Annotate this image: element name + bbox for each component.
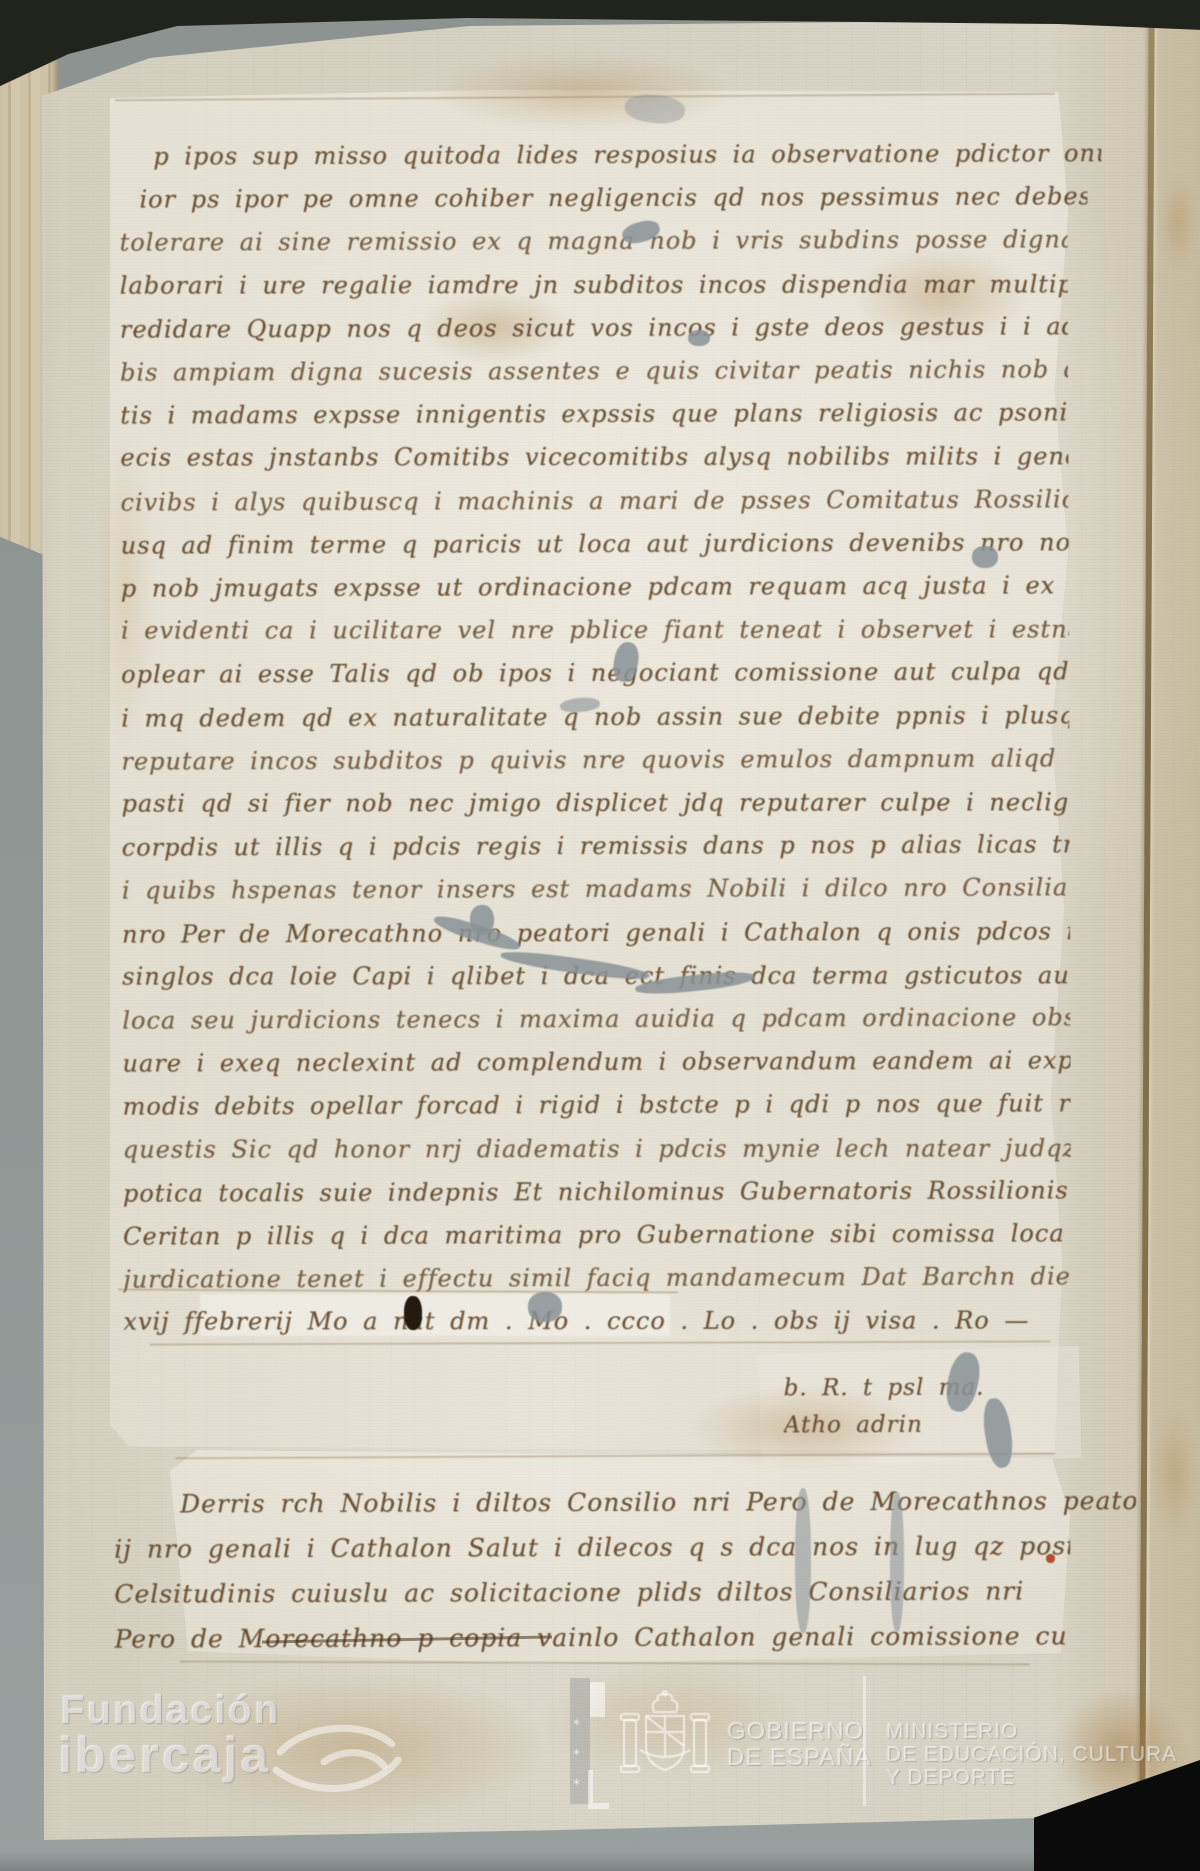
- manuscript-line: tolerare ai sine remissio ex q magna nob…: [120, 219, 1068, 264]
- manuscript-line: uare i exeq neclexint ad complendum i ob…: [122, 1040, 1070, 1085]
- bottom-edge-shadow: [0, 1852, 1200, 1871]
- ibercaja-logo-icon: [272, 1718, 404, 1802]
- watermark-ministerio: MINISTERIO: [886, 1720, 1019, 1744]
- manuscript-line: ior ps ipor pe omne cohiber negligencis …: [119, 175, 1087, 220]
- signature-line: Atho adrin: [784, 1403, 1064, 1440]
- postscript-line: Derris rch Nobilis i diltos Consilio nri…: [114, 1480, 1136, 1528]
- manuscript-line: potica tocalis suie indepnis Et nichilom…: [123, 1169, 1071, 1214]
- flag-bracket-icon: [588, 1770, 609, 1809]
- manuscript-line: pasti qd si fier nob nec jmigo displicet…: [122, 781, 1070, 824]
- manuscript-line: corpdis ut illis q i pdcis regis i remis…: [122, 824, 1070, 869]
- ink-blot: [404, 1296, 422, 1330]
- manuscript-line: questis Sic qd honor nrj diadematis i pd…: [123, 1127, 1071, 1170]
- gray-streak: [795, 1488, 811, 1633]
- manuscript-line: oplear ai esse Talis qd ob ipos i negoci…: [121, 651, 1069, 696]
- star-icon: ✶: [572, 1776, 581, 1789]
- manuscript-line: civibs i alys quibuscq i machinis a mari…: [120, 478, 1068, 523]
- watermark-ministerio: DE EDUCACIÓN, CULTURA: [886, 1743, 1177, 1767]
- gray-blot: [688, 330, 710, 346]
- manuscript-line: nro Per de Morecathno nro peatori genali…: [122, 910, 1070, 955]
- watermark-gobierno: GOBIERNO: [727, 1718, 864, 1746]
- manuscript-line: jurdicatione tenet i effectu simil faciq…: [123, 1256, 1071, 1301]
- manuscript-dateline: xvij ffebrerij Mo a nat dm . Mo . ccco .…: [123, 1300, 1071, 1343]
- watermark-divider: [863, 1676, 866, 1806]
- manuscript-line: loca seu jurdicions tenecs i maxima auid…: [122, 996, 1070, 1041]
- gray-streak: [890, 1492, 904, 1632]
- manuscript-line: laborari i ure regalie iamdre jn subdito…: [120, 263, 1068, 306]
- manuscript-line: usq ad finim terme q paricis ut loca aut…: [121, 521, 1069, 566]
- watermark-gobierno: DE ESPAÑA: [727, 1744, 872, 1772]
- postscript-line: Celsitudinis cuiuslu ac solicitacione pl…: [114, 1570, 1070, 1617]
- manuscript-line: i quibs hspenas tenor insers est madams …: [122, 867, 1070, 912]
- rust-dot: [1046, 1554, 1055, 1563]
- manuscript-line: p ipos sup misso quitoda lides resposius…: [119, 132, 1101, 177]
- star-icon: ✶: [572, 1746, 581, 1759]
- manuscript-line: tis i madams expsse innigentis expssis q…: [120, 392, 1068, 437]
- star-icon: ✶: [572, 1716, 581, 1729]
- manuscript-line: reputare incos subditos p quivis nre quo…: [121, 737, 1069, 782]
- manuscript-line: modis debits opellar forcad i rigid i bs…: [123, 1083, 1071, 1128]
- gray-blot: [528, 1292, 562, 1322]
- manuscript-line: i evidenti ca i ucilitare vel nre pblice…: [121, 609, 1069, 652]
- signature-line: b. R. t psl ma.: [784, 1366, 1064, 1403]
- manuscript-line: Ceritan p illis q i dca maritima pro Gub…: [123, 1212, 1071, 1257]
- manuscript-scan: p ipos sup misso quitoda lides resposius…: [0, 0, 1200, 1871]
- postscript-line: ij nro genali i Cathalon Salut i dilecos…: [114, 1525, 1070, 1572]
- manuscript-line: bis ampiam digna sucesis assentes e quis…: [120, 348, 1068, 393]
- postscript-line: Pero de Morecathno p copia vainlo Cathal…: [114, 1615, 1070, 1662]
- watermark-ibercaja: ibercaja: [58, 1726, 271, 1784]
- manuscript-line: ecis estas jnstanbs Comitibs vicecomitib…: [120, 436, 1068, 479]
- spain-coat-of-arms-icon: [616, 1690, 714, 1794]
- manuscript-line: p nob jmugats expsse ut ordinacione pdca…: [121, 564, 1069, 609]
- watermark-ministerio: Y DEPORTE: [886, 1766, 1016, 1790]
- flag-square-icon: [590, 1682, 605, 1717]
- manuscript-line: redidare Quapp nos q deos sicut vos inco…: [120, 305, 1068, 350]
- manuscript-text-block: p ipos sup misso quitoda lides resposius…: [0, 0, 1200, 1871]
- gray-blot: [972, 546, 998, 568]
